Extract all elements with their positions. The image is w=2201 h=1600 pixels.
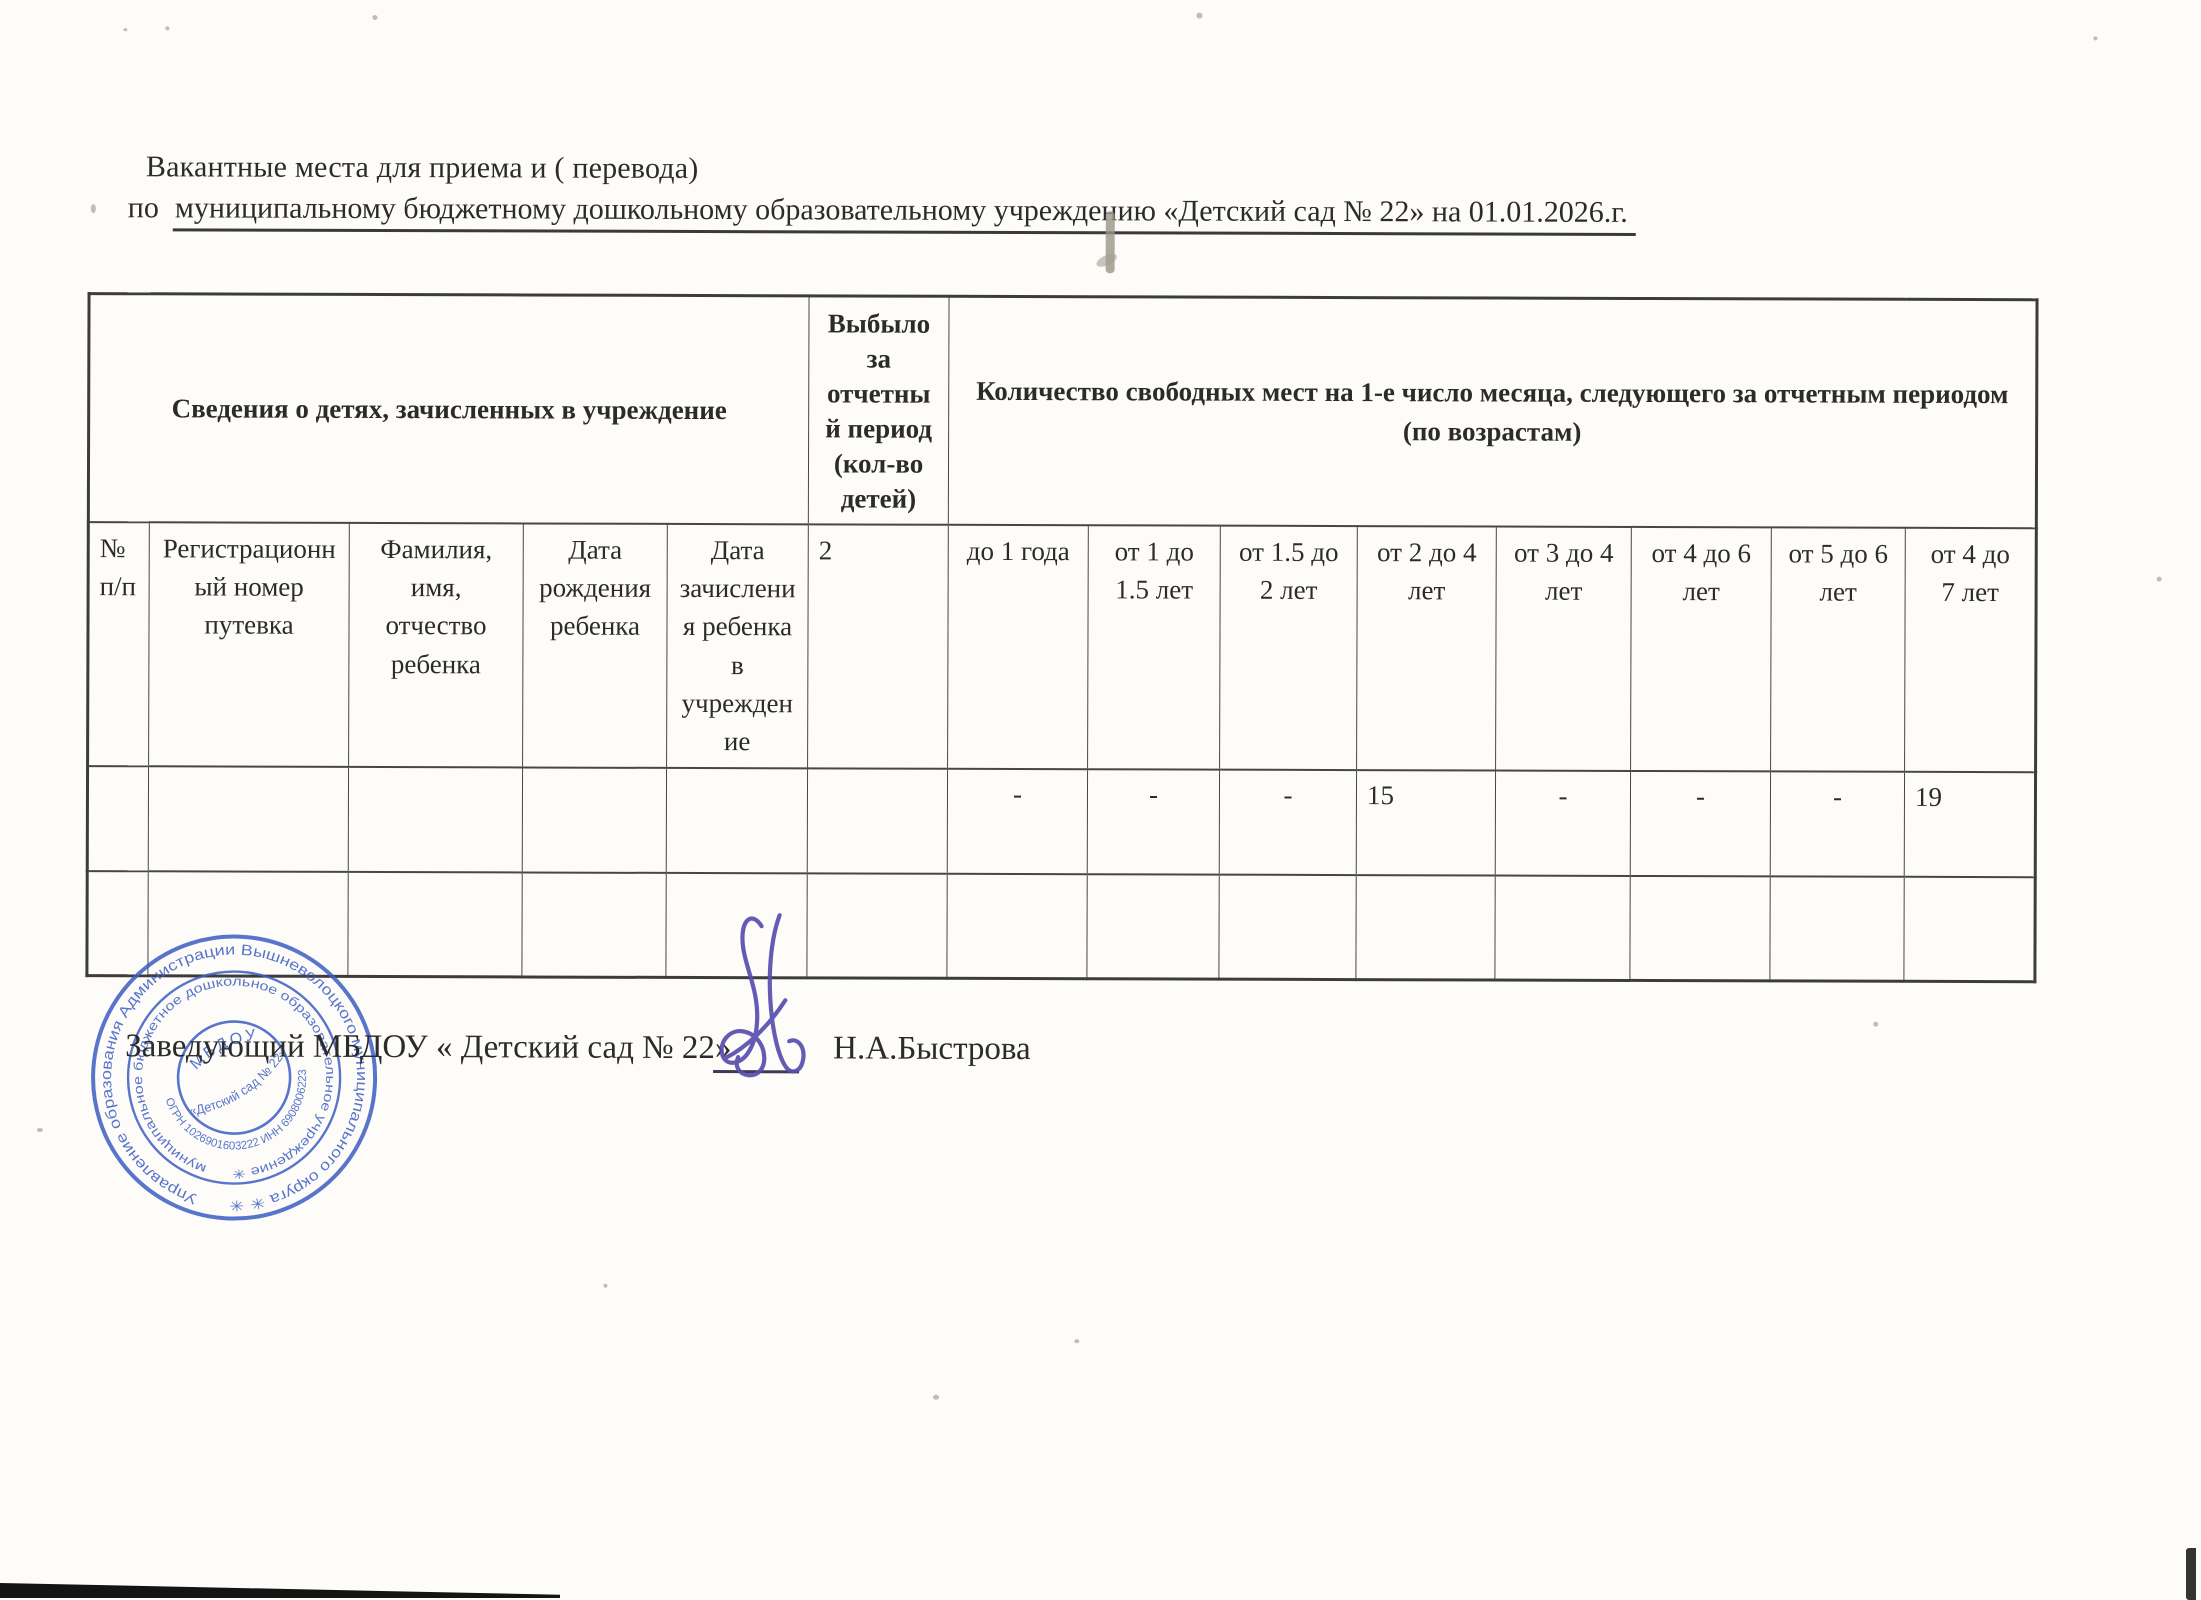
cell: [1356, 875, 1495, 980]
column-header-age-3-4: от 3 до 4 лет: [1496, 526, 1632, 770]
cell: [1630, 875, 1770, 980]
column-header-reg-number: Регистрационный номер путевка: [149, 522, 350, 767]
cell: [1770, 876, 1904, 981]
cell-vacancy-5-6: -: [1770, 771, 1904, 876]
scan-speck: [1074, 1339, 1079, 1343]
cell-vacancy-3-4: -: [1495, 770, 1630, 875]
cell-vacancy-2-4: 15: [1356, 770, 1495, 875]
column-header-enroll-date: Дата зачисления ребенка в учреждение: [667, 523, 809, 767]
table-row: - - - 15 - - - 19: [87, 766, 2035, 877]
column-header-age-under1: до 1 года: [948, 524, 1089, 768]
cell: [522, 872, 666, 977]
cell: [1087, 874, 1219, 979]
column-header-num: № п/п: [88, 522, 150, 766]
group-header-children-info: Сведения о детях, зачисленных в учрежден…: [88, 294, 809, 524]
scanned-document-sheet: Вакантные места для приема и ( перевода)…: [0, 0, 2201, 1600]
column-header-age-1_5-2: от 1.5 до 2 лет: [1220, 525, 1358, 769]
cell: [947, 873, 1087, 978]
scan-speck: [91, 204, 96, 213]
scan-right-edge-artifact: [2186, 1548, 2196, 1600]
cell: [1495, 875, 1630, 980]
title-line2-prefix: по: [128, 191, 159, 224]
title-line2-underlined: муниципальному бюджетному дошкольному об…: [173, 191, 1636, 236]
cell: [666, 767, 807, 872]
cell-vacancy-1_5-2: -: [1219, 769, 1356, 874]
scan-speck: [2157, 577, 2162, 582]
vacancies-table: Сведения о детях, зачисленных в учрежден…: [85, 292, 2038, 983]
stamp-outer-ring-text: Управление образования Администрации Выш…: [63, 906, 405, 1248]
cell-vacancy-1-1_5: -: [1087, 769, 1219, 874]
cell: [1219, 874, 1356, 979]
signature-title-label: Заведующий МБДОУ « Детский сад № 22»: [125, 1028, 731, 1067]
signature-person-name: Н.А.Быстрова: [833, 1030, 1031, 1068]
table-column-header-row: № п/п Регистрационный номер путевка Фами…: [88, 522, 2037, 772]
scan-speck: [1873, 1022, 1878, 1027]
group-header-departed: Выбыло за отчетный период (кол-во детей): [808, 296, 949, 525]
scan-speck: [933, 1395, 939, 1400]
handwritten-signature: [673, 910, 844, 1091]
scan-speck: [372, 15, 377, 20]
column-header-age-4-6: от 4 до 6 лет: [1631, 527, 1772, 771]
scan-speck: [37, 1128, 43, 1132]
cell-vacancy-4-6: -: [1630, 770, 1770, 875]
scan-speck: [1196, 13, 1202, 19]
cell: [807, 768, 947, 873]
column-header-child-name: Фамилия, имя, отчество ребенка: [349, 522, 524, 767]
table-group-header-row: Сведения о детях, зачисленных в учрежден…: [88, 294, 2037, 528]
scan-speck: [603, 1284, 607, 1288]
column-header-age-1-1_5: от 1 до 1.5 лет: [1088, 525, 1221, 769]
document-title-line2: помуниципальному бюджетному дошкольному …: [128, 191, 1636, 230]
cell: [522, 767, 666, 872]
column-header-age-4-7: от 4 до 7 лет: [1905, 527, 2037, 771]
column-header-age-5-6: от 5 до 6 лет: [1771, 527, 1906, 771]
cell: [1904, 876, 2035, 981]
scan-speck: [165, 26, 169, 30]
document-title-line1: Вакантные места для приема и ( перевода): [146, 150, 699, 186]
column-header-age-2-4: от 2 до 4 лет: [1357, 526, 1497, 770]
column-header-birth-date: Дата рождения ребенка: [523, 523, 668, 767]
cell: [348, 766, 522, 872]
column-header-departed-count: 2: [808, 524, 949, 768]
scan-speck: [123, 28, 127, 31]
group-header-vacancies: Количество свободных мест на 1-е число м…: [948, 296, 2037, 527]
scan-speck: [2093, 36, 2097, 40]
cell-vacancy-under1: -: [947, 768, 1087, 873]
official-round-stamp: Управление образования Администрации Выш…: [59, 902, 410, 1253]
cell: [87, 766, 148, 871]
cell-vacancy-4-7: 19: [1904, 771, 2035, 876]
cell: [148, 766, 348, 872]
